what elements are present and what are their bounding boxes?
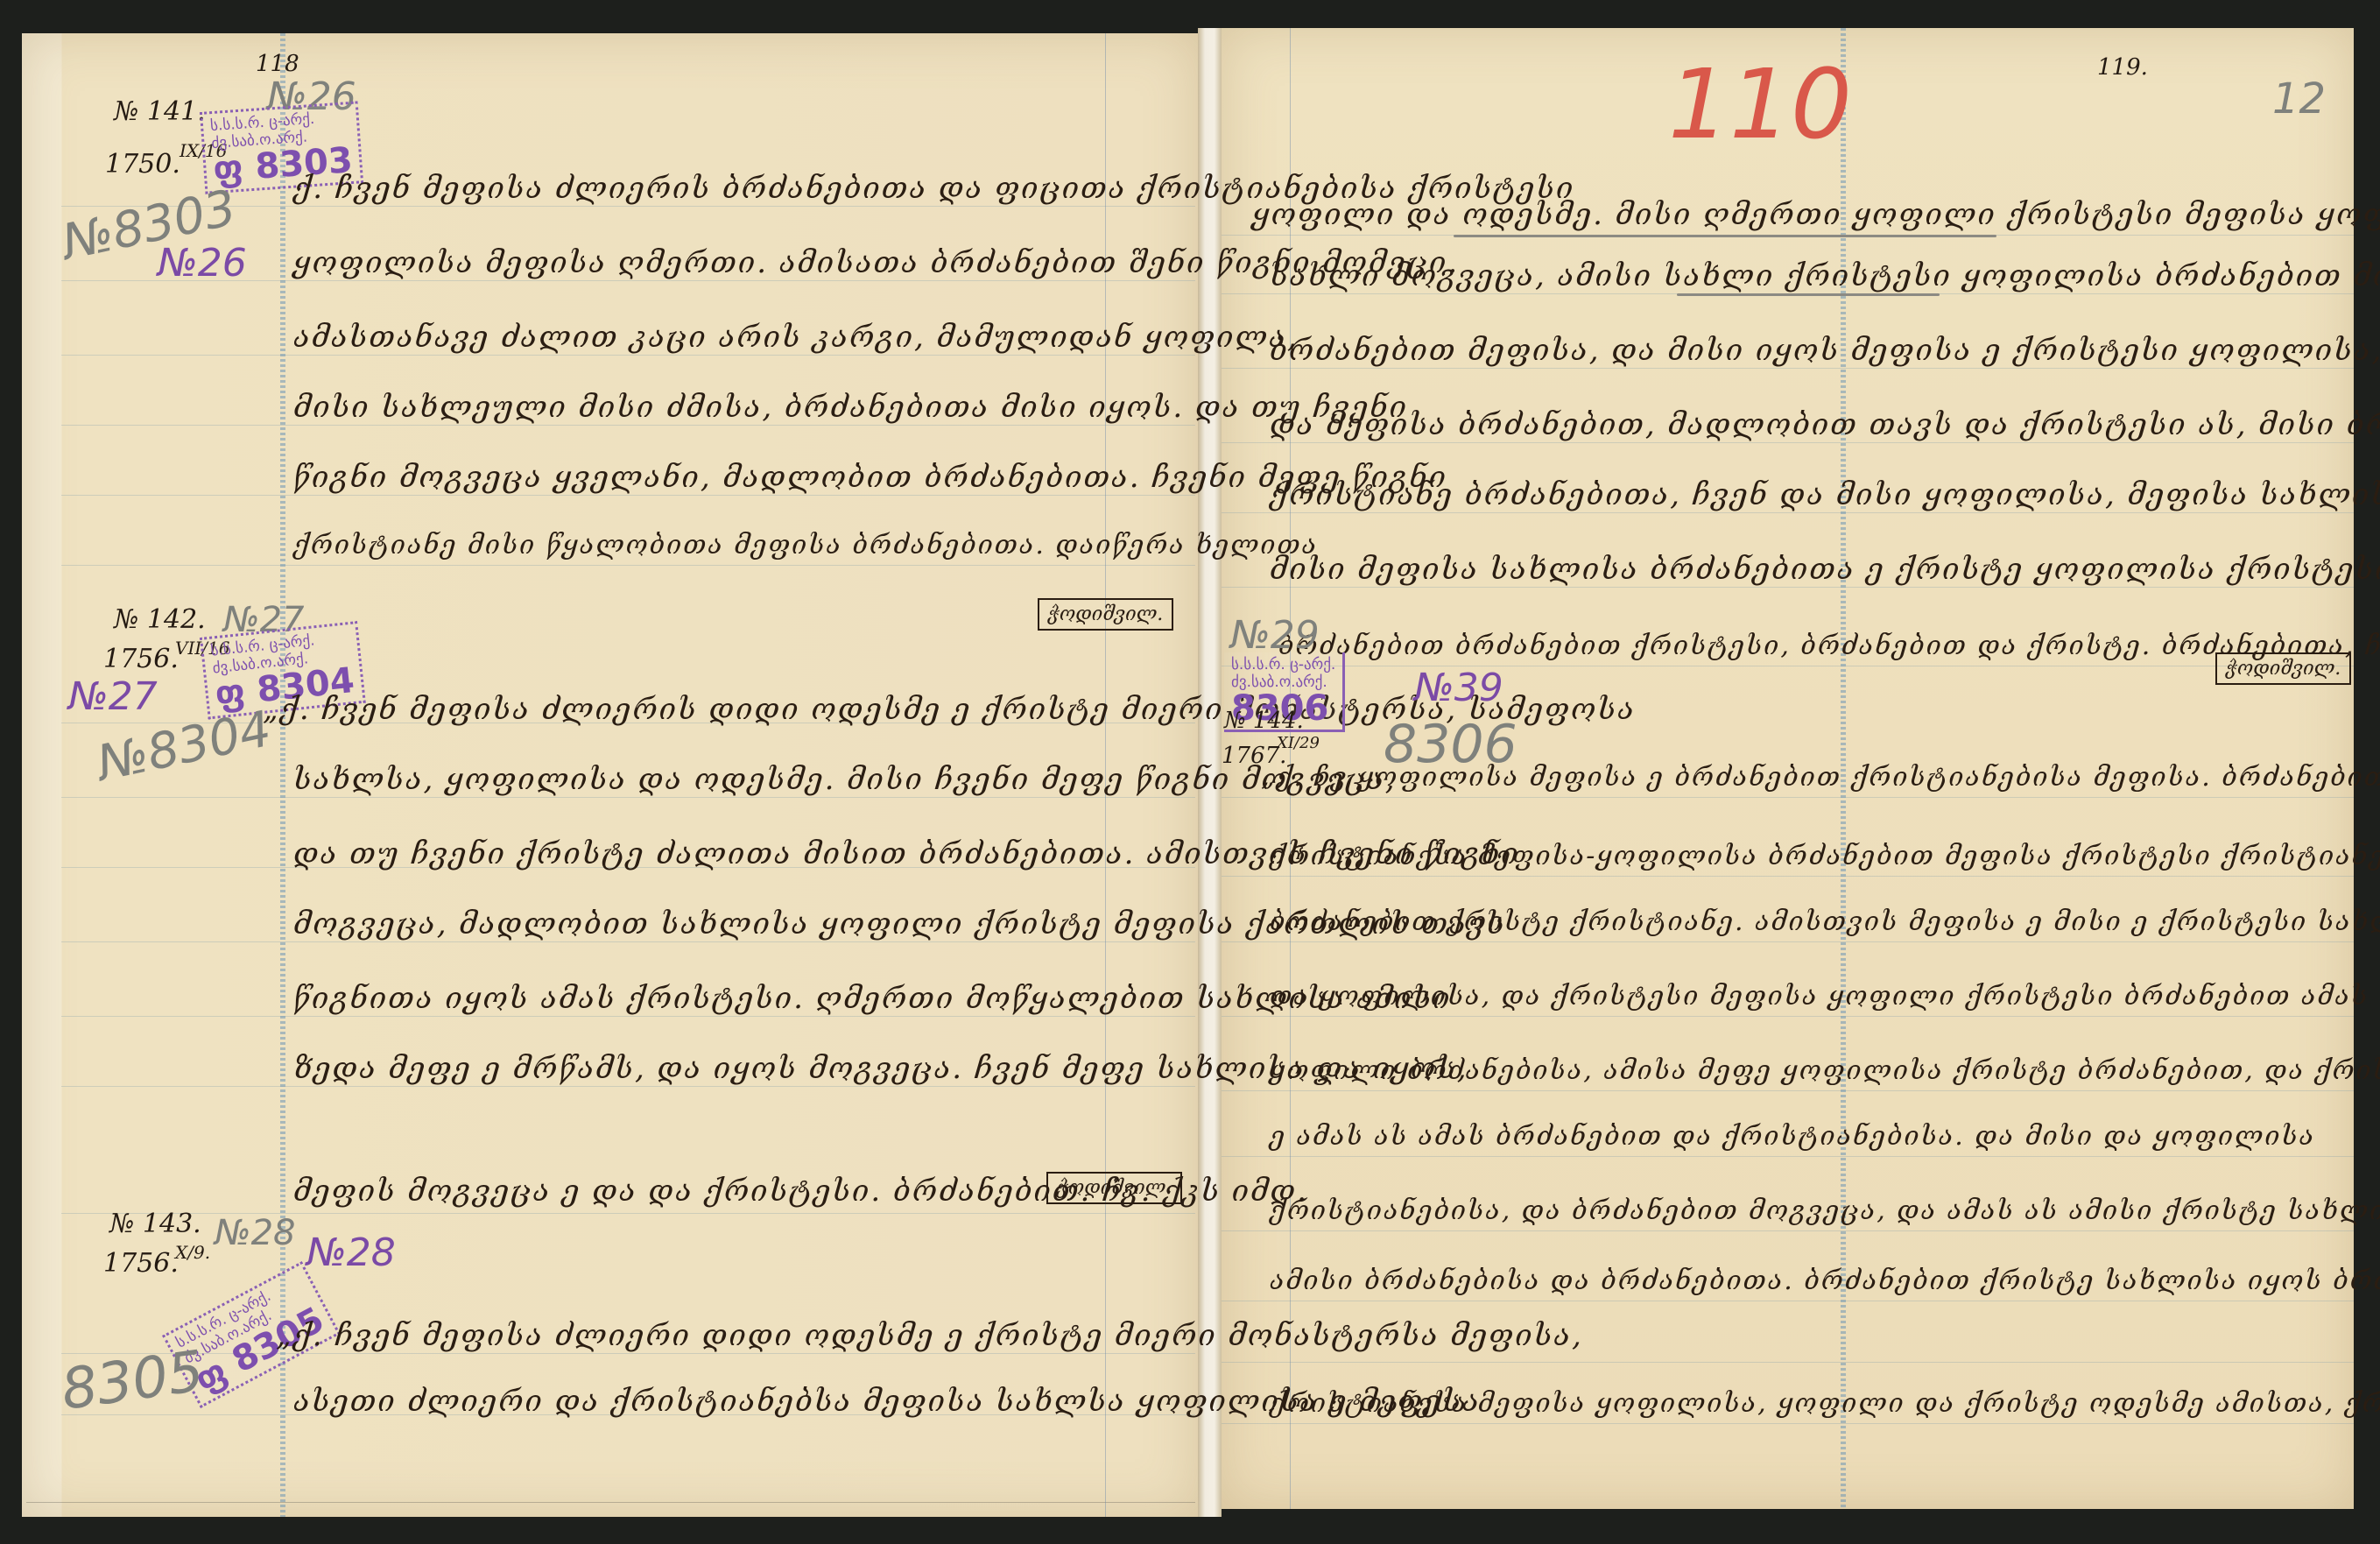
manuscript-line: „ქ. ჩვენ მეფისა ძლიერი დიდი ოდესმე ე ქრი… xyxy=(276,1318,1583,1353)
manuscript-line: ქრისტიანესა მეფისა-ყოფილისა ბრძანებით მე… xyxy=(1270,841,2380,871)
pencil-underline xyxy=(1677,293,1940,296)
manuscript-line: და ყოფილისა, და ქრისტესი მეფისა ყოფილი ქ… xyxy=(1270,981,2369,1012)
red-folio-number: 110 xyxy=(1668,48,1852,160)
manuscript-line: ქრისტიანესა მეფისა ყოფილისა, ყოფილი და ქ… xyxy=(1270,1388,2380,1419)
entry-date-fraction: XI/29 xyxy=(1277,734,1320,752)
closing-box: ჭოდიშვილ. xyxy=(1046,1172,1182,1204)
ruled-line xyxy=(1222,797,2354,798)
violet-number: №26 xyxy=(158,241,247,286)
manuscript-line: ამისი ბრძანებისა და ბრძანებითა. ბრძანები… xyxy=(1270,1266,2380,1296)
ruled-line xyxy=(61,565,1195,566)
ruled-line xyxy=(1222,512,2354,513)
violet-number: №28 xyxy=(306,1230,396,1275)
closing-box: ჭოდიშვილ. xyxy=(2215,652,2351,685)
ruled-line xyxy=(61,425,1195,426)
ruled-line xyxy=(61,941,1195,942)
ruled-line xyxy=(1222,876,2354,877)
closing-box: ჭოდიშვილ. xyxy=(1038,598,1173,631)
manuscript-line: ბრძანებით ქრისტე ქრისტიანე. ამისთვის მეფ… xyxy=(1270,906,2380,937)
pencil-corner-number: 12 xyxy=(2272,74,2326,123)
manuscript-line: და მეფისა ბრძანებით, მადლობით თავს და ქრ… xyxy=(1270,407,2380,442)
ruled-line xyxy=(1222,1423,2354,1424)
pencil-underline xyxy=(1454,235,1996,237)
ruled-line xyxy=(61,355,1195,356)
manuscript-line: ბრძანებით მეფისა, და მისი იყოს მეფისა ე … xyxy=(1270,333,2380,368)
manuscript-line: ქრისტიანე მისი წყალობითა მეფისა ბრძანები… xyxy=(293,530,1318,560)
entry-number: № 144. xyxy=(1224,708,1304,734)
manuscript-line: ქრისტიანე ბრძანებითა, ჩვენ და მისი ყოფილ… xyxy=(1270,477,2380,512)
ruled-line xyxy=(1222,1090,2354,1091)
manuscript-line: ყოფილი ბრძანებისა, ამისა მეფე ყოფილისა ქ… xyxy=(1270,1055,2380,1086)
manuscript-line: ე ამას ას ამას ბრძანებით და ქრისტიანების… xyxy=(1270,1121,2315,1152)
page-number: 118 xyxy=(256,51,299,77)
manuscript-line: სახლი მოგვეცა, ამისი სახლი ქრისტესი ყოფი… xyxy=(1270,258,2380,293)
violet-number: №27 xyxy=(68,674,158,719)
violet-number: №39 xyxy=(1414,666,1503,710)
ruled-line xyxy=(61,1016,1195,1017)
ruled-line xyxy=(1222,1301,2354,1301)
manuscript-line: ქრისტიანებისა, და ბრძანებით მოგვეცა, და … xyxy=(1270,1195,2380,1226)
stamp-line: ს.ს.ს.რ. ც-არქ. xyxy=(1231,656,1335,673)
entry-date-year: 1756. xyxy=(103,644,179,674)
ruled-line xyxy=(1222,1016,2354,1017)
entry-date-fraction: X/9. xyxy=(175,1242,210,1263)
ruled-line xyxy=(26,1502,1195,1503)
pencil-number: №29 xyxy=(1230,613,1320,658)
ruled-line xyxy=(61,495,1195,496)
ruled-line xyxy=(1222,1156,2354,1157)
ruled-line xyxy=(61,797,1195,798)
ruled-line xyxy=(1222,941,2354,942)
ruled-line xyxy=(61,1086,1195,1087)
entry-number: № 141. xyxy=(114,96,206,127)
entry-date-year: 1750. xyxy=(105,149,180,180)
ruled-line xyxy=(1222,1230,2354,1231)
pencil-number: №28 xyxy=(215,1213,296,1253)
manuscript-line: მისი მეფისა სახლისა ბრძანებითა ე ქრისტე … xyxy=(1270,552,2380,587)
manuscript-line: „ქ. ჩვ ყოფილისა მეფისა ე ბრძანებით ქრისტ… xyxy=(1261,762,2380,793)
entry-number: № 143. xyxy=(109,1209,201,1239)
manuscript-line: მისი სახლეული მისი ძმისა, ბრძანებითა მის… xyxy=(293,390,1408,425)
manuscript-line: ყოფილი და ოდესმე. მისი ღმერთი ყოფილი ქრი… xyxy=(1252,197,2380,232)
ruled-line xyxy=(1222,368,2354,369)
ruled-line xyxy=(1222,1362,2354,1363)
ruled-line xyxy=(1222,442,2354,443)
entry-number: № 142. xyxy=(114,604,206,635)
manuscript-line: ამასთანავე ძალით კაცი არის კარგი, მამული… xyxy=(293,320,1299,355)
ruled-line xyxy=(1222,666,2354,666)
ruled-line xyxy=(1222,587,2354,588)
entry-date-year: 1756. xyxy=(103,1248,179,1279)
page-number: 119. xyxy=(2097,54,2148,81)
